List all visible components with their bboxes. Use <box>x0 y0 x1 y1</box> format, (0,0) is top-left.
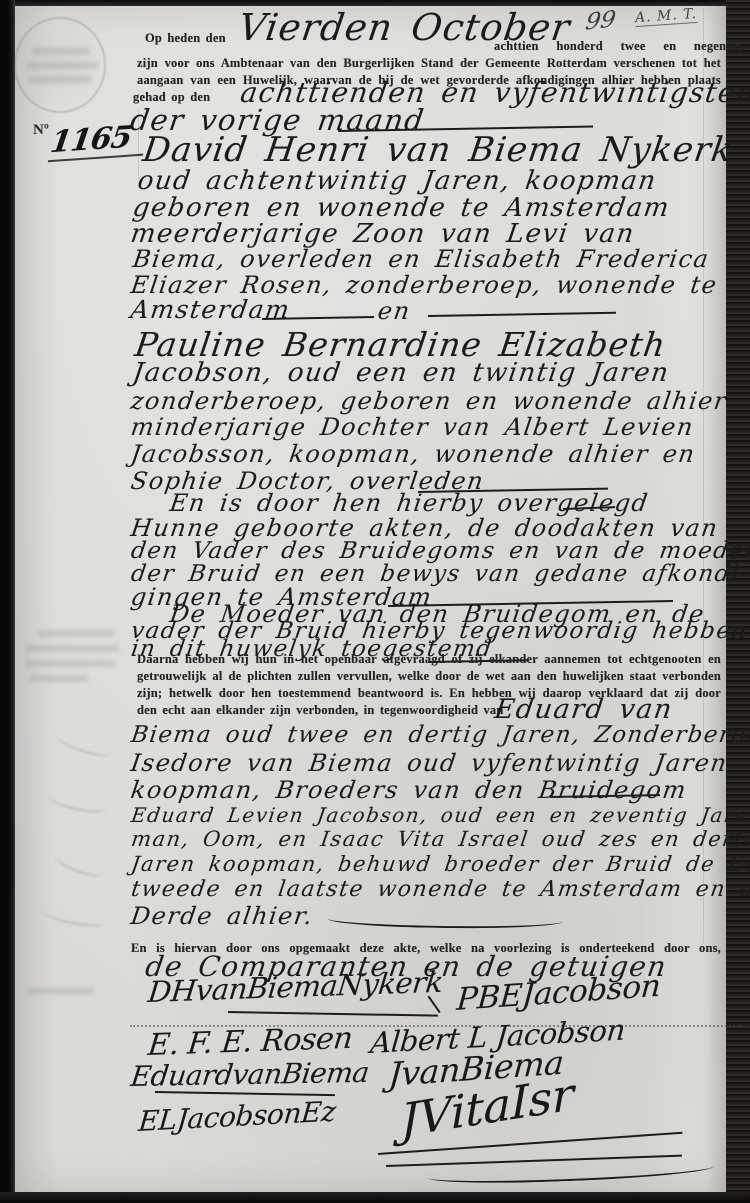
printed-vows-1: Daarna hebben wij hun in het openbaar af… <box>137 652 721 667</box>
printed-vows-4: den echt aan elkander zijn verbonden, in… <box>137 703 504 718</box>
bleedthrough-mark <box>26 62 98 69</box>
hand-witness-1b: Biema oud twee en dertig Jaren, Zonderbe… <box>129 722 750 748</box>
hand-groom-age: oud achtentwintig Jaren, koopman <box>136 166 659 196</box>
bleedthrough-mark <box>38 630 114 637</box>
printed-vows-2: getrouwelijk al de plichten zullen vervu… <box>137 669 721 684</box>
bleedthrough-mark <box>30 675 88 682</box>
hand-witness-2b: koopman, Broeders van den Bruidegom <box>129 776 689 804</box>
hand-witness-7: Derde alhier. <box>129 902 315 930</box>
scanned-marriage-certificate: Nº1165 99 A. M. T. Op heden denVierden O… <box>0 0 750 1203</box>
act-number-label: Nº <box>33 122 49 138</box>
scan-edge-bottom <box>0 1192 750 1203</box>
printed-intro-2: zijn voor ons Ambtenaar van den Burgerli… <box>137 56 721 71</box>
hand-bride-age: Jacobson, oud een en twintig Jaren <box>131 358 672 388</box>
bleedthrough-mark <box>25 645 119 652</box>
signature-witness-eduard: EduardvanBiema <box>129 1056 371 1093</box>
hand-witness-2: Isedore van Biema oud vyfentwintig Jaren <box>129 749 729 777</box>
bleedthrough-mark <box>32 48 90 55</box>
printed-op-heden-den: Op heden den <box>145 31 226 46</box>
hand-witness-5: Jaren koopman, behuwd broeder der Bruid … <box>130 852 750 876</box>
hand-bride-parents-2: Jacobsson, koopman, wonende alhier en <box>129 440 697 468</box>
hand-en: en <box>376 297 413 325</box>
bleedthrough-mark <box>29 76 91 83</box>
hand-witness-1a: Eduard van <box>493 694 675 725</box>
corner-annotation-initials: A. M. T. <box>635 6 698 27</box>
bleedthrough-mark <box>25 660 115 667</box>
hand-groom-parents-2: Biema, overleden en Elisabeth Frederica <box>131 245 711 273</box>
hand-witness-3: Eduard Levien Jacobson, oud een en zeven… <box>130 803 750 827</box>
hand-groom-name: David Henri van Biema Nykerk <box>140 130 735 170</box>
book-binding-edge-left <box>0 0 15 1203</box>
corner-annotation: 99 A. M. T. <box>586 8 697 34</box>
corner-annotation-number: 99 <box>584 7 618 36</box>
hand-bride-parents-1: minderjarige Dochter van Albert Levien <box>129 413 696 441</box>
hand-bride-residence: zonderberoep, geboren en wonende alhier <box>129 387 729 415</box>
hand-witness-4: man, Oom, en Isaac Vita Israel oud zes e… <box>130 827 750 851</box>
hand-documents-1: En is door hen hierby overgelegd <box>168 489 650 517</box>
printed-year: achttien honderd twee en negentig, <box>494 39 744 54</box>
act-number: Nº1165 <box>33 122 144 159</box>
hand-witness-6: tweede en laatste wonende te Amsterdam e… <box>129 877 750 902</box>
bleedthrough-mark <box>28 988 94 994</box>
book-binding-edge-right <box>726 0 750 1203</box>
